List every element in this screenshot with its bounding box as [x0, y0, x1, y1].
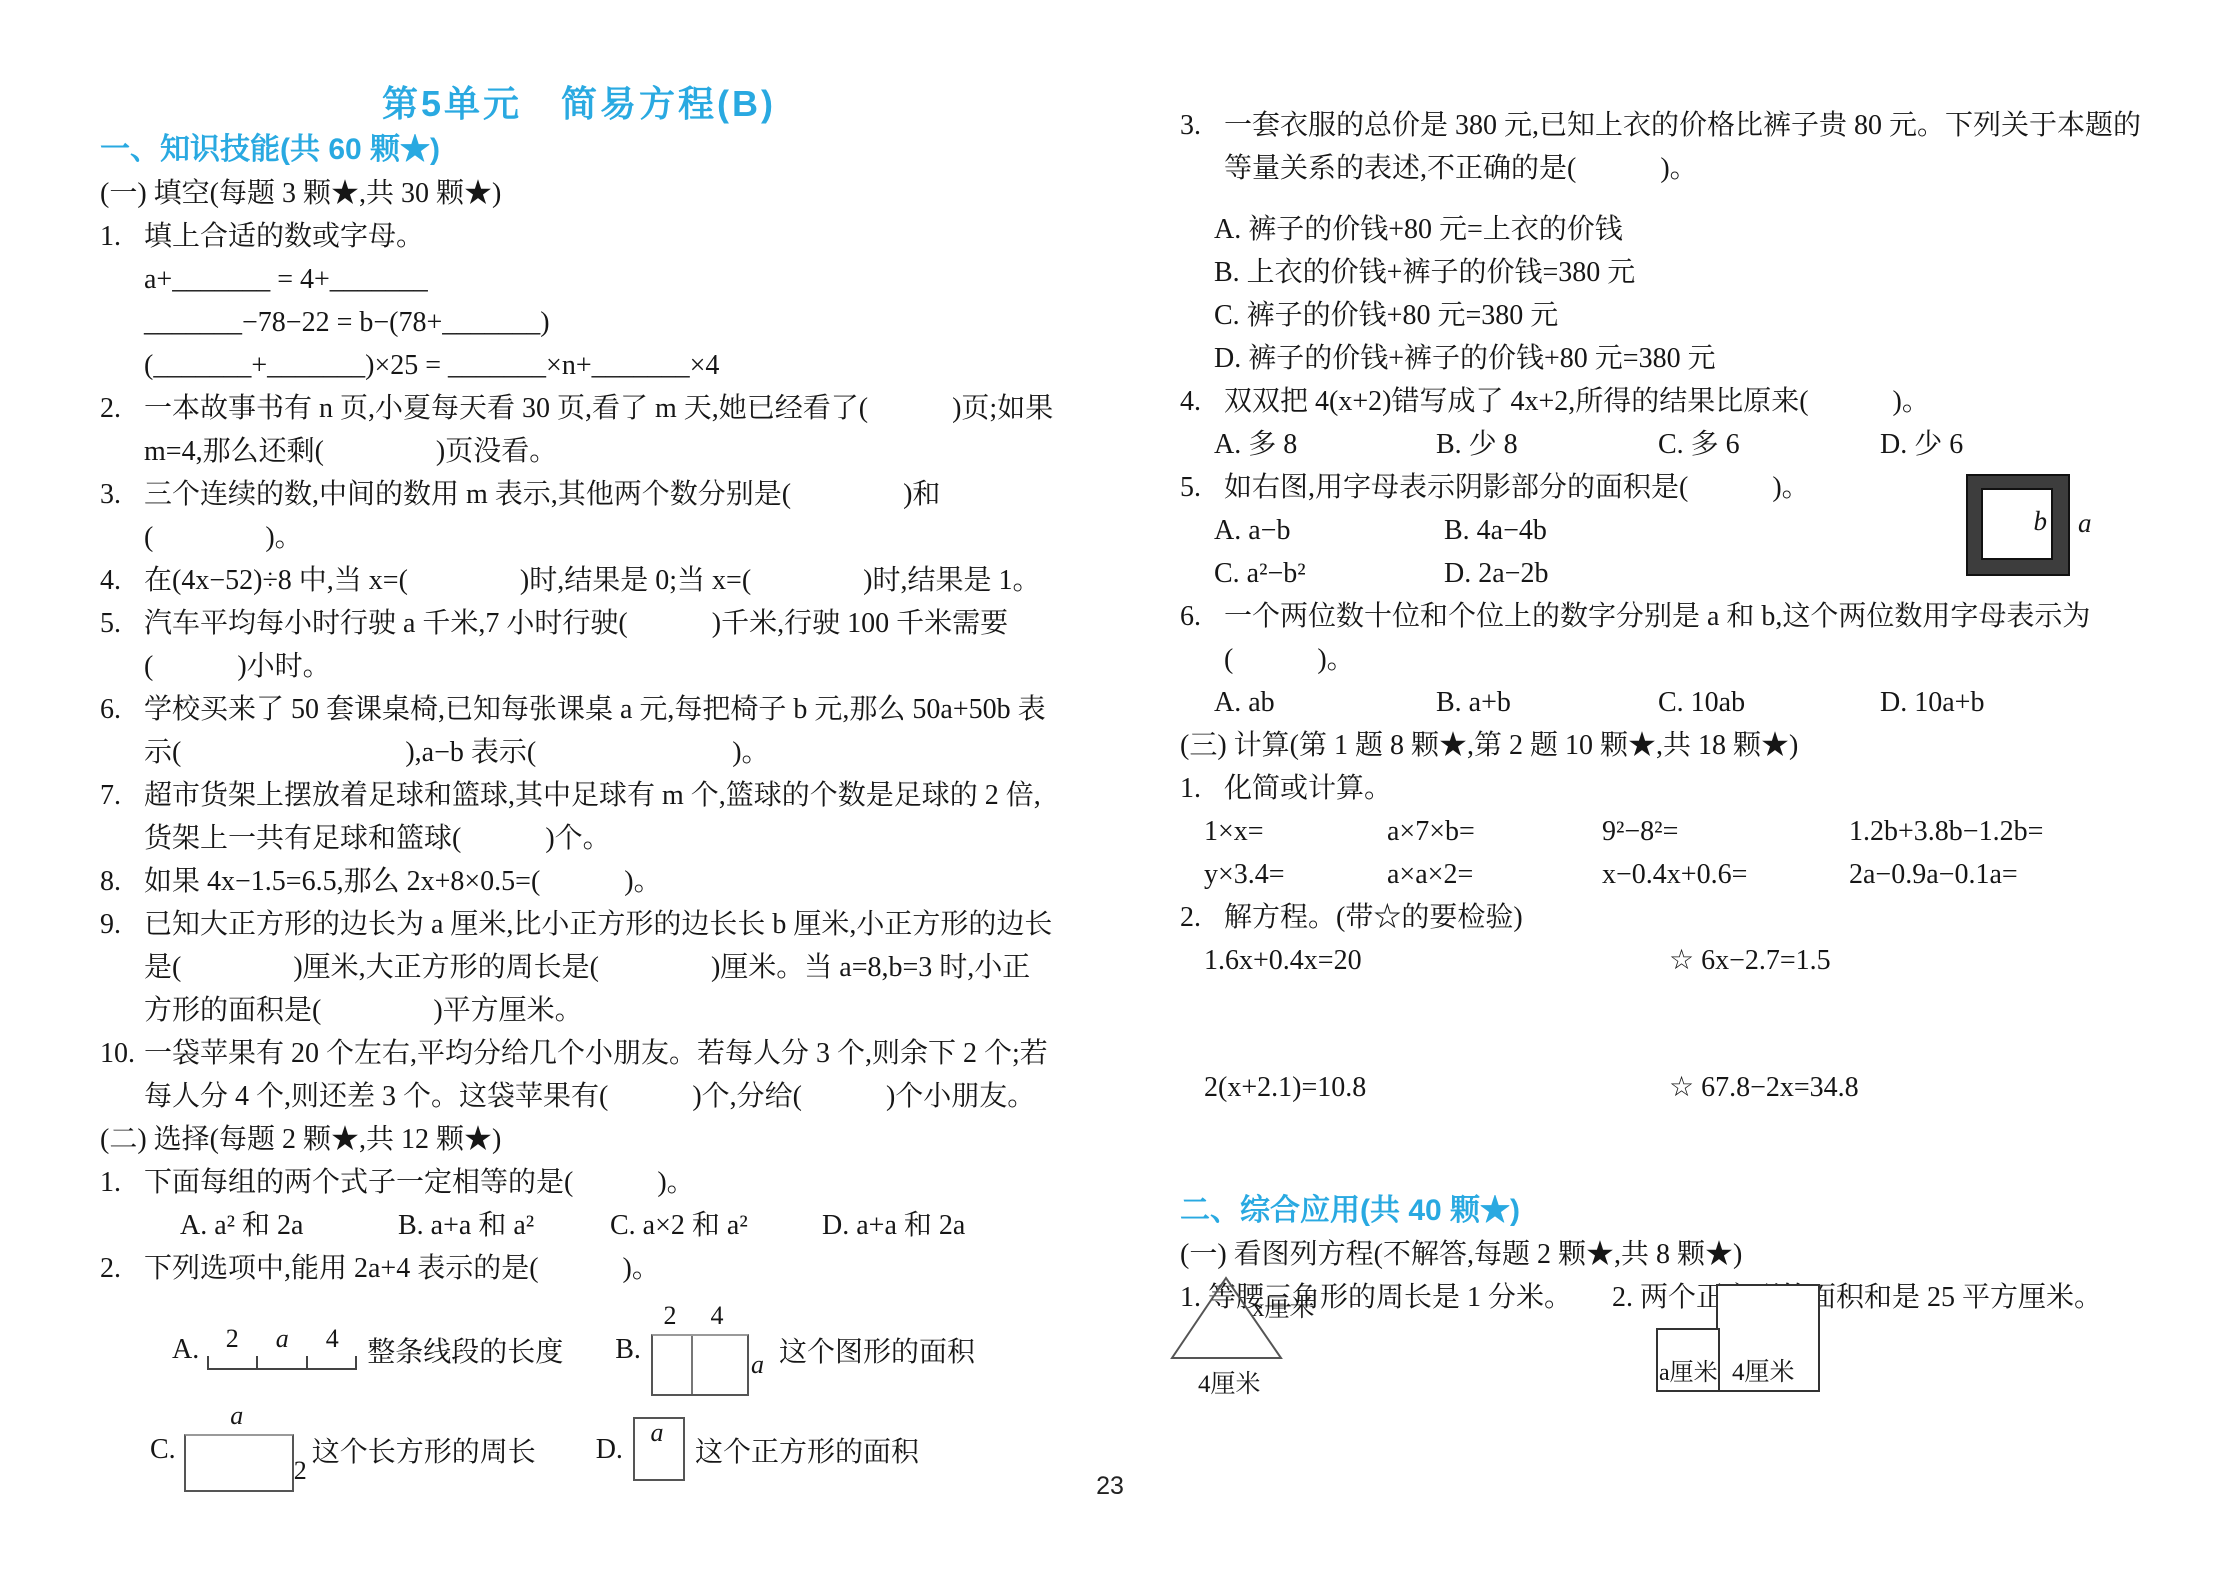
choice-question-6: 6. 一个两位数十位和个位上的数字分别是 a 和 b,这个两位数用字母表示为( … — [1180, 595, 2146, 681]
question-number: 5. — [100, 602, 121, 645]
page-title: 第5单元 简易方程(B) — [100, 80, 1058, 128]
segment-figure: 2 a 4 — [207, 1324, 357, 1376]
section-knowledge-header: 一、知识技能(共 60 颗★) — [100, 128, 1058, 172]
question-number: 1. — [100, 1161, 121, 1204]
equation-starred: ☆ 6x−2.7=1.5 — [1669, 939, 1831, 982]
calc-row-2: y×3.4= a×a×2= x−0.4x+0.6= 2a−0.9a−0.1a= — [1180, 853, 2146, 896]
option-c: C. 裤子的价钱+80 元=380 元 — [1214, 294, 2146, 337]
question-text: 下面每组的两个式子一定相等的是( )。 — [144, 1167, 695, 1198]
option-c-caption: 这个长方形的周长 — [312, 1430, 536, 1470]
option-a-letter: A. — [172, 1334, 199, 1366]
calc-row-1: 1×x= a×7×b= 9²−8²= 1.2b+3.8b−1.2b= — [1180, 810, 2146, 853]
rect-top-label: a — [184, 1402, 290, 1430]
segment-label: 2 — [207, 1324, 257, 1354]
calc-item: a×7×b= — [1387, 810, 1602, 853]
question-number: 1. — [1180, 767, 1201, 810]
option-b-caption: 这个图形的面积 — [779, 1330, 975, 1370]
choice1-options: A. a² 和 2a B. a+a 和 a² C. a×2 和 a² D. a+… — [100, 1204, 1058, 1247]
calc-item: 1.2b+3.8b−1.2b= — [1849, 810, 2043, 853]
choice3-options: A. 裤子的价钱+80 元=上衣的价钱 B. 上衣的价钱+裤子的价钱=380 元… — [1180, 208, 2146, 380]
fill-question-6: 6. 学校买来了 50 套课桌椅,已知每张课桌 a 元,每把椅子 b 元,那么 … — [100, 688, 1058, 774]
question-number: 1. — [100, 215, 121, 258]
fill-q1-blank-line-2: _______−78−22 = b−(78+_______) — [100, 301, 1058, 344]
fill-question-9: 9. 已知大正方形的边长为 a 厘米,比小正方形的边长长 b 厘米,小正方形的边… — [100, 903, 1058, 1032]
fill-q1-blank-line-3: (_______+_______)×25 = _______×n+_______… — [100, 344, 1058, 387]
equation-row-1: 1.6x+0.4x=20 ☆ 6x−2.7=1.5 — [1180, 939, 2146, 982]
equation-starred: ☆ 67.8−2x=34.8 — [1669, 1066, 1859, 1109]
choice-question-1: 1. 下面每组的两个式子一定相等的是( )。 — [100, 1161, 1058, 1204]
option-b: B. 上衣的价钱+裤子的价钱=380 元 — [1214, 251, 2146, 294]
option-d: D. a+a 和 2a — [822, 1204, 965, 1247]
calc-item: 1×x= — [1204, 810, 1387, 853]
question-number: 6. — [1180, 595, 1201, 638]
option-d: D. 少 6 — [1880, 423, 1963, 466]
question-text: 如右图,用字母表示阴影部分的面积是( )。 — [1224, 472, 1810, 503]
fill-q1-blank-line-1: a+_______ = 4+_______ — [100, 258, 1058, 301]
big-square-label: 4厘米 — [1732, 1352, 1795, 1388]
question-number: 6. — [100, 688, 121, 731]
triangle-side-label: x厘米 — [1252, 1288, 1315, 1324]
option-b: B. 4a−4b — [1444, 509, 1547, 552]
question-number: 2. — [100, 387, 121, 430]
triangle-figure: x厘米 4厘米 — [1168, 1274, 1398, 1399]
segment-label: 4 — [307, 1324, 357, 1354]
question-number: 9. — [100, 903, 121, 946]
inner-white-square: b — [1981, 488, 2053, 560]
option-c: C. 10ab — [1658, 681, 1880, 724]
question-text: 双双把 4(x+2)错写成了 4x+2,所得的结果比原来( )。 — [1224, 386, 1930, 417]
rect-side-label: a — [751, 1350, 764, 1380]
question-number: 7. — [100, 774, 121, 817]
question-text: 化简或计算。 — [1224, 773, 1392, 804]
rect-top-label: 4 — [689, 1302, 745, 1330]
option-c: C. a×2 和 a² — [610, 1204, 822, 1247]
option-b: B. a+b — [1436, 681, 1658, 724]
fill-question-5: 5. 汽车平均每小时行驶 a 千米,7 小时行驶( )千米,行驶 100 千米需… — [100, 602, 1058, 688]
question-number: 2. — [100, 1247, 121, 1290]
question-text: 学校买来了 50 套课桌椅,已知每张课桌 a 元,每把椅子 b 元,那么 50a… — [144, 694, 1046, 768]
question-text: 解方程。(带☆的要检验) — [1224, 902, 1523, 933]
question-number: 4. — [100, 559, 121, 602]
choice-question-4: 4. 双双把 4(x+2)错写成了 4x+2,所得的结果比原来( )。 — [1180, 380, 2146, 423]
question-number: 8. — [100, 860, 121, 903]
question-text: 一个两位数十位和个位上的数字分别是 a 和 b,这个两位数用字母表示为( )。 — [1224, 601, 2090, 675]
small-square-label: a厘米 — [1659, 1352, 1718, 1387]
calc-item: a×a×2= — [1387, 853, 1602, 896]
subsection-choice-header: (二) 选择(每题 2 颗★,共 12 颗★) — [100, 1118, 1058, 1161]
divided-rectangle-figure: 2 4 a — [651, 1302, 751, 1398]
subsection-calc-header: (三) 计算(第 1 题 8 颗★,第 2 题 10 颗★,共 18 颗★) — [1180, 724, 2146, 767]
question-text: 在(4x−52)÷8 中,当 x=( )时,结果是 0;当 x=( )时,结果是… — [144, 565, 1040, 596]
segment-baseline — [207, 1368, 357, 1370]
calc-item: x−0.4x+0.6= — [1602, 853, 1849, 896]
option-b-letter: B. — [615, 1334, 641, 1366]
rect-top-label: 2 — [651, 1302, 689, 1330]
equation-row-2: 2(x+2.1)=10.8 ☆ 67.8−2x=34.8 — [1180, 1066, 2146, 1109]
subsection-fill-header: (一) 填空(每题 3 颗★,共 30 颗★) — [100, 172, 1058, 215]
option-a: A. a² 和 2a — [180, 1204, 398, 1247]
calc-item: 2a−0.9a−0.1a= — [1849, 853, 2018, 896]
choice4-options: A. 多 8 B. 少 8 C. 多 6 D. 少 6 — [1180, 423, 2146, 466]
fill-question-4: 4. 在(4x−52)÷8 中,当 x=( )时,结果是 0;当 x=( )时,… — [100, 559, 1058, 602]
question-text: 三个连续的数,中间的数用 m 表示,其他两个数分别是( )和( )。 — [144, 479, 940, 553]
question-text: 已知大正方形的边长为 a 厘米,比小正方形的边长长 b 厘米,小正方形的边长是(… — [144, 909, 1052, 1026]
option-a-caption: 整条线段的长度 — [367, 1330, 563, 1370]
calc-question-1: 1. 化简或计算。 — [1180, 767, 2146, 810]
choice-question-2: 2. 下列选项中,能用 2a+4 表示的是( )。 — [100, 1247, 1058, 1290]
option-d-caption: 这个正方形的面积 — [695, 1430, 919, 1470]
question-number: 3. — [1180, 104, 1201, 147]
fill-question-3: 3. 三个连续的数,中间的数用 m 表示,其他两个数分别是( )和( )。 — [100, 473, 1058, 559]
left-column: 第5单元 简易方程(B) 一、知识技能(共 60 颗★) (一) 填空(每题 3… — [100, 80, 1058, 1498]
section-application-header: 二、综合应用(共 40 颗★) — [1180, 1189, 2146, 1233]
option-d: D. 2a−2b — [1444, 552, 1548, 595]
fill-question-8: 8. 如果 4x−1.5=6.5,那么 2x+8×0.5=( )。 — [100, 860, 1058, 903]
option-c-letter: C. — [150, 1434, 176, 1466]
calc-item: y×3.4= — [1204, 853, 1387, 896]
rectangle — [651, 1334, 749, 1396]
option-d-letter: D. — [596, 1434, 623, 1466]
equation: 1.6x+0.4x=20 — [1204, 939, 1669, 982]
segment-label: a — [257, 1324, 307, 1354]
question-text: 汽车平均每小时行驶 a 千米,7 小时行驶( )千米,行驶 100 千米需要( … — [144, 608, 1008, 682]
option-d: D. 10a+b — [1880, 681, 1984, 724]
option-b: B. a+a 和 a² — [398, 1204, 610, 1247]
shaded-square-figure: b a — [1966, 474, 2070, 576]
subsection-diagram-equation-header: (一) 看图列方程(不解答,每题 2 颗★,共 8 颗★) — [1180, 1233, 2146, 1276]
question-number: 4. — [1180, 380, 1201, 423]
page-number: 23 — [0, 1472, 2220, 1501]
question-text: 一本故事书有 n 页,小夏每天看 30 页,看了 m 天,她已经看了( )页;如… — [144, 393, 1053, 467]
square-label: a — [633, 1419, 681, 1447]
option-a: A. a−b — [1214, 509, 1444, 552]
worksheet-page: { "colors": { "accent": "#29a9e1" }, "pa… — [0, 0, 2220, 1571]
question-number: 2. — [1612, 1282, 1633, 1313]
fill-question-7: 7. 超市货架上摆放着足球和篮球,其中足球有 m 个,篮球的个数是足球的 2 倍… — [100, 774, 1058, 860]
outer-square-label: a — [2078, 508, 2092, 539]
choice2-row-ab: A. 2 a 4 整条线段的长度 B. 2 4 a 这个图形的面积 — [100, 1298, 1058, 1402]
calc-question-2: 2. 解方程。(带☆的要检验) — [1180, 896, 2146, 939]
option-c: C. 多 6 — [1658, 423, 1880, 466]
question-number: 10. — [100, 1032, 135, 1075]
question-text: 超市货架上摆放着足球和篮球,其中足球有 m 个,篮球的个数是足球的 2 倍,货架… — [144, 780, 1041, 854]
option-a: A. 多 8 — [1214, 423, 1436, 466]
question-number: 3. — [100, 473, 121, 516]
fill-question-1: 1. 填上合适的数或字母。 — [100, 215, 1058, 258]
fill-question-2: 2. 一本故事书有 n 页,小夏每天看 30 页,看了 m 天,她已经看了( )… — [100, 387, 1058, 473]
inner-square-label: b — [2034, 506, 2048, 537]
question-text: 填上合适的数或字母。 — [144, 221, 424, 252]
divider-line — [691, 1336, 693, 1394]
question-text: 一套衣服的总价是 380 元,已知上衣的价格比裤子贵 80 元。下列关于本题的等… — [1224, 110, 2141, 184]
equation: 2(x+2.1)=10.8 — [1204, 1066, 1669, 1109]
question-text: 如果 4x−1.5=6.5,那么 2x+8×0.5=( )。 — [144, 866, 662, 897]
question-number: 5. — [1180, 466, 1201, 509]
question-text: 一袋苹果有 20 个左右,平均分给几个小朋友。若每人分 3 个,则余下 2 个;… — [144, 1038, 1048, 1112]
option-d: D. 裤子的价钱+裤子的价钱+80 元=380 元 — [1214, 337, 2146, 380]
right-column: 3. 一套衣服的总价是 380 元,已知上衣的价格比裤子贵 80 元。下列关于本… — [1180, 104, 2146, 1319]
choice6-options: A. ab B. a+b C. 10ab D. 10a+b — [1180, 681, 2146, 724]
fill-question-10: 10. 一袋苹果有 20 个左右,平均分给几个小朋友。若每人分 3 个,则余下 … — [100, 1032, 1058, 1118]
option-a: A. ab — [1214, 681, 1436, 724]
triangle-base-label: 4厘米 — [1198, 1364, 1261, 1400]
option-a: A. 裤子的价钱+80 元=上衣的价钱 — [1214, 208, 2146, 251]
question-text: 下列选项中,能用 2a+4 表示的是( )。 — [144, 1253, 660, 1284]
option-c: C. a²−b² — [1214, 552, 1444, 595]
two-squares-figure: a厘米 4厘米 — [1656, 1284, 1826, 1394]
choice-question-3: 3. 一套衣服的总价是 380 元,已知上衣的价格比裤子贵 80 元。下列关于本… — [1180, 104, 2146, 190]
question-number: 2. — [1180, 896, 1201, 939]
calc-item: 9²−8²= — [1602, 810, 1849, 853]
option-b: B. 少 8 — [1436, 423, 1658, 466]
